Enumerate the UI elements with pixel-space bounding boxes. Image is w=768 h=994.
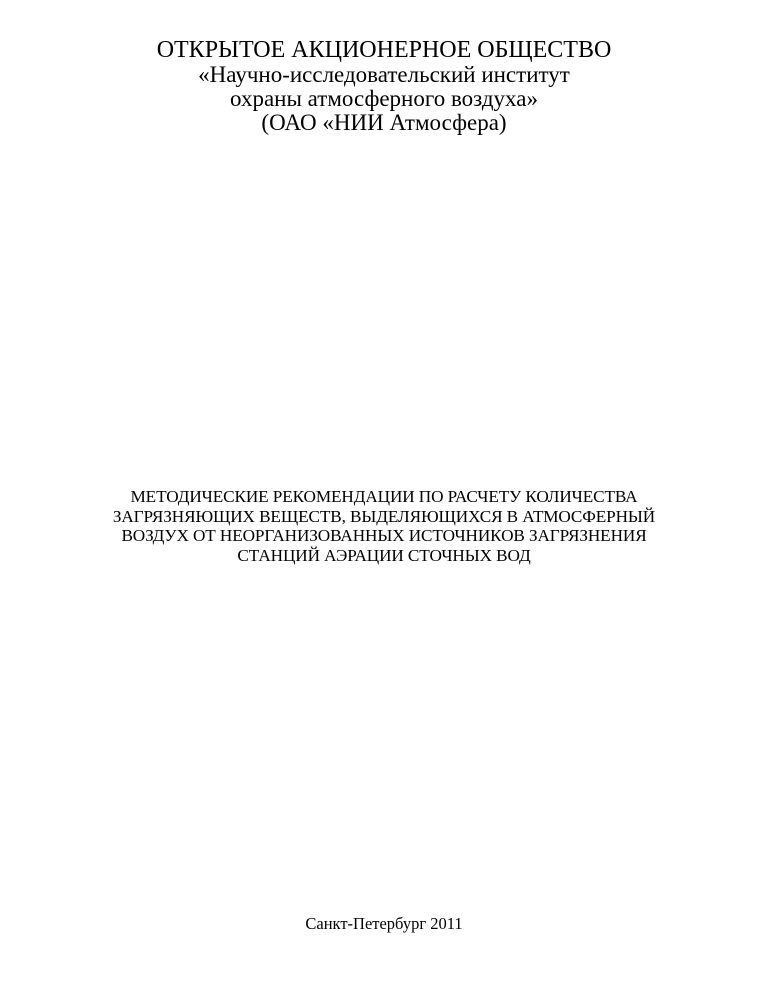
organization-name-line-2: охраны атмосферного воздуха» bbox=[0, 87, 768, 111]
organization-header: ОТКРЫТОЕ АКЦИОНЕРНОЕ ОБЩЕСТВО «Научно-ис… bbox=[0, 38, 768, 135]
document-title-line-1: МЕТОДИЧЕСКИЕ РЕКОМЕНДАЦИИ ПО РАСЧЕТУ КОЛ… bbox=[0, 487, 768, 507]
place-and-year: Санкт-Петербург 2011 bbox=[0, 914, 768, 934]
document-title-line-2: ЗАГРЯЗНЯЮЩИХ ВЕЩЕСТВ, ВЫДЕЛЯЮЩИХСЯ В АТМ… bbox=[0, 507, 768, 527]
organization-type: ОТКРЫТОЕ АКЦИОНЕРНОЕ ОБЩЕСТВО bbox=[0, 38, 768, 63]
document-title-line-4: СТАНЦИЙ АЭРАЦИИ СТОЧНЫХ ВОД bbox=[0, 546, 768, 566]
organization-abbreviation: (ОАО «НИИ Атмосфера) bbox=[0, 111, 768, 135]
document-title-line-3: ВОЗДУХ ОТ НЕОРГАНИЗОВАННЫХ ИСТОЧНИКОВ ЗА… bbox=[0, 526, 768, 546]
document-title: МЕТОДИЧЕСКИЕ РЕКОМЕНДАЦИИ ПО РАСЧЕТУ КОЛ… bbox=[0, 487, 768, 565]
organization-name-line-1: «Научно-исследовательский институт bbox=[0, 63, 768, 87]
document-footer: Санкт-Петербург 2011 bbox=[0, 914, 768, 934]
